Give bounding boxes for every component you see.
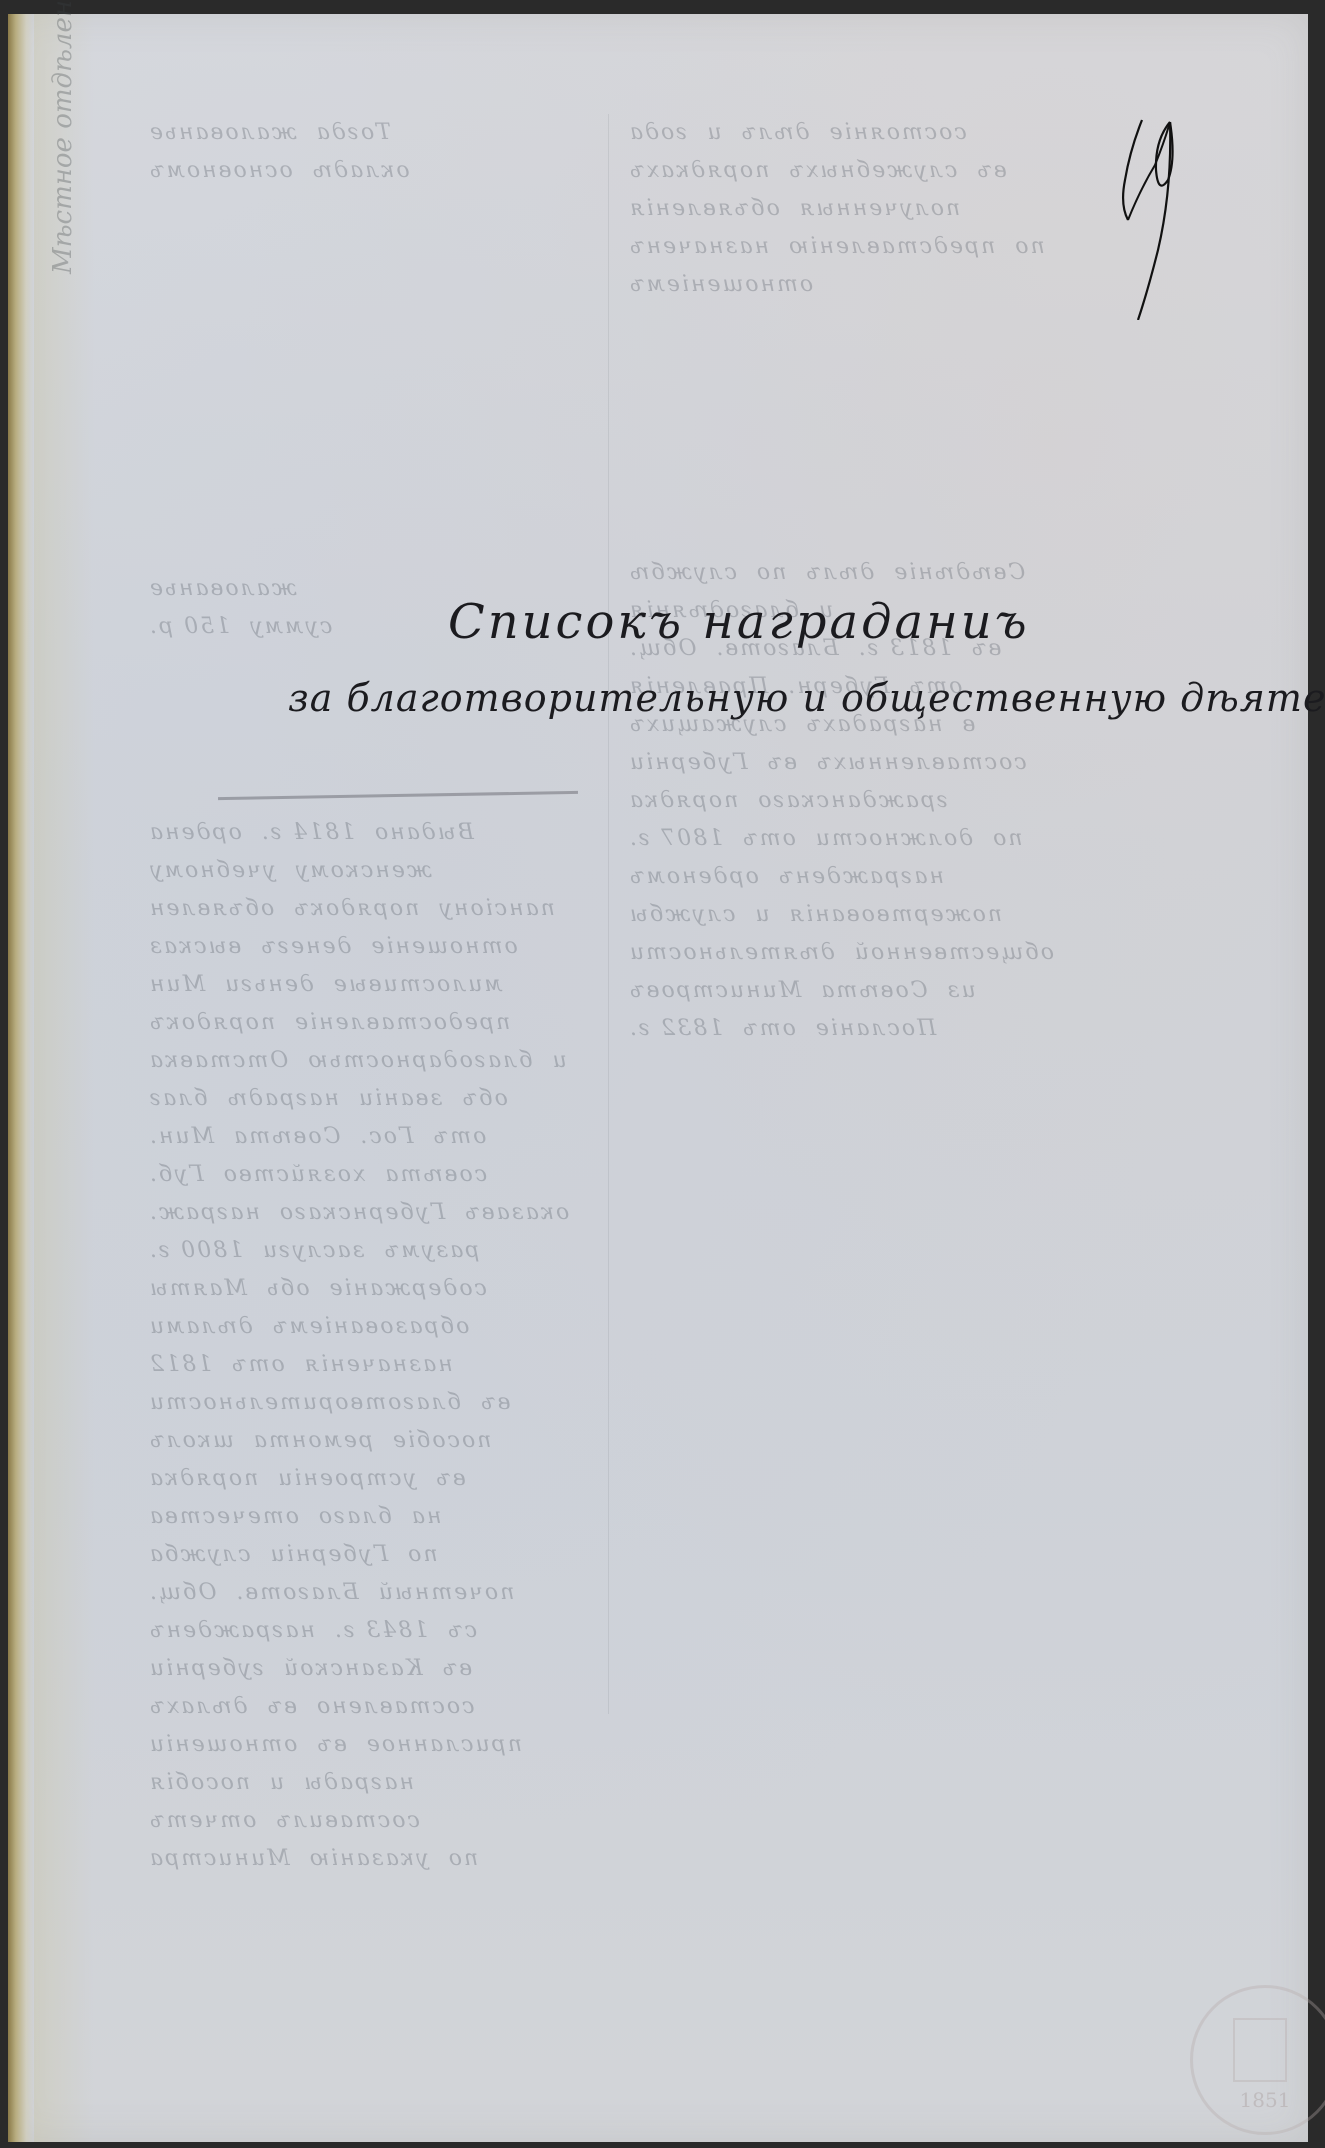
binding-stain [34,14,94,2142]
stamp-building-icon [1233,2018,1287,2082]
bleed-through-text-right-top: состоянiе дѣлъ и года въ служебныхъ поря… [628,114,1148,304]
folio-number-19 [1110,110,1190,320]
document-subtitle: за благотворительную и общественную дѣят… [288,676,1325,720]
binding-edge [8,14,34,2142]
document-title: Списокъ награданиъ [448,594,1030,650]
bleed-through-text-left-top: Тогда жалованье окладѣ основномъ жалован… [148,114,618,646]
faint-underline [218,791,578,800]
margin-note: Мѣстное отдѣленiе [48,0,78,274]
bleed-through-text-left-mid: Выдано 1814 г. ордена женскому учебному … [148,814,618,1878]
document-page: Мѣстное отдѣленiе Тогда жалованье окладѣ… [8,14,1308,2142]
stamp-year: 1851 [1240,2088,1291,2112]
